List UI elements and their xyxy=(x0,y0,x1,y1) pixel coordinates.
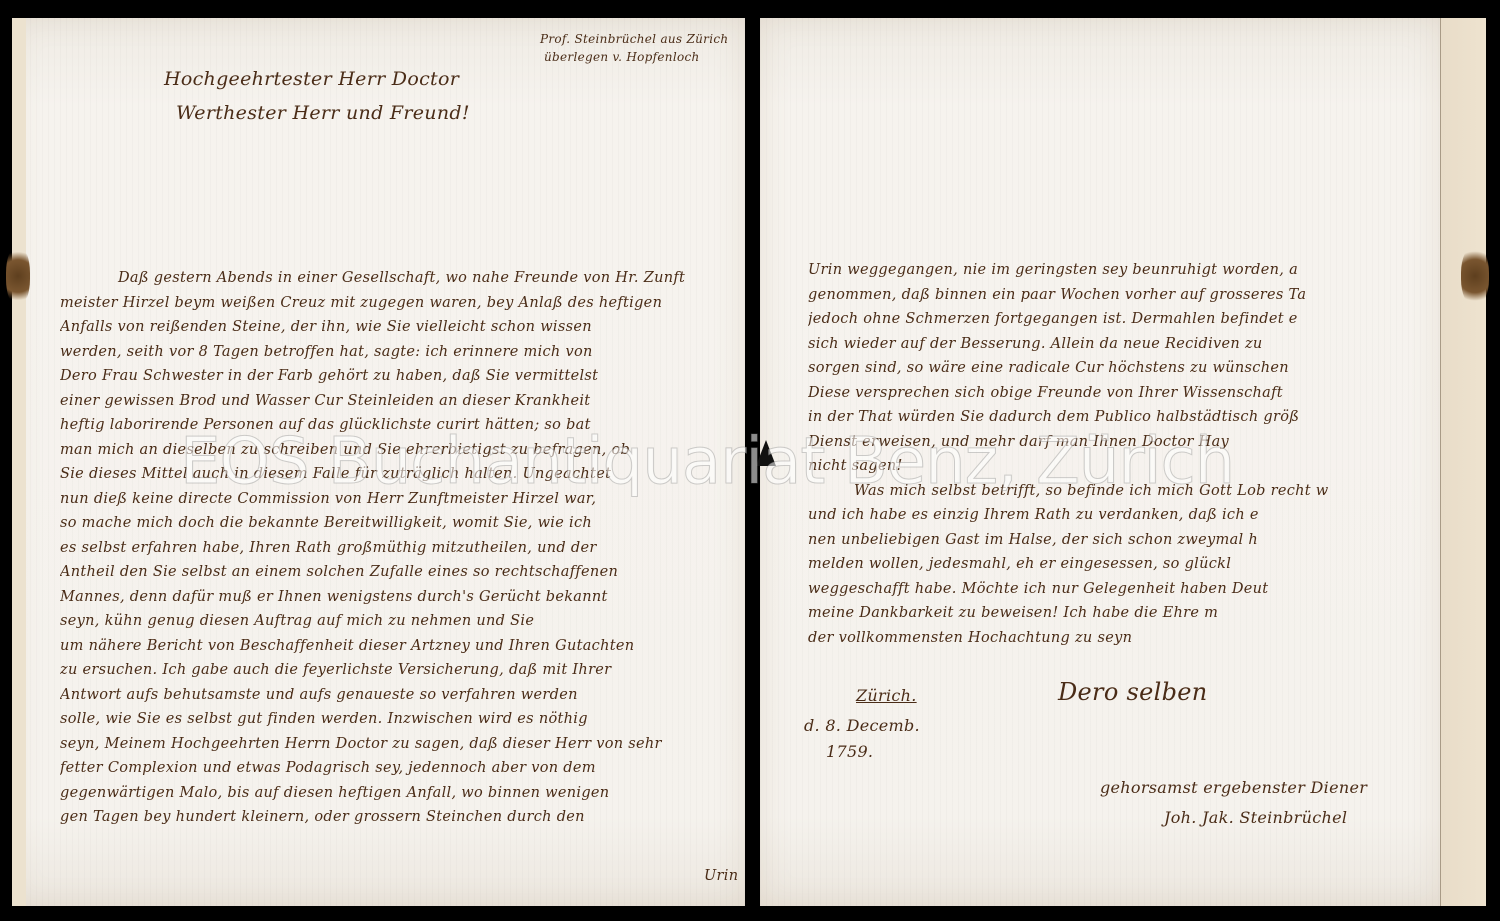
text-line: man mich an dieselben zu schreiben und S… xyxy=(60,438,740,463)
paper-strip xyxy=(1440,18,1486,906)
text-line: Anfalls von reißenden Steine, der ihn, w… xyxy=(60,315,740,340)
text-line: weggeschafft habe. Möchte ich nur Gelege… xyxy=(808,577,1438,602)
text-line: nen unbeliebigen Gast im Halse, der sich… xyxy=(808,528,1438,553)
text-line: Sie dieses Mittel auch in diesem Falle f… xyxy=(60,462,740,487)
text-line: Dienst erweisen, und mehr darf man Ihnen… xyxy=(808,430,1438,455)
text-line: heftig laborirende Personen auf das glüc… xyxy=(60,413,740,438)
text-line: gen Tagen bey hundert kleinern, oder gro… xyxy=(60,805,740,830)
text-line: melden wollen, jedesmahl, eh er eingeses… xyxy=(808,552,1438,577)
closing-phrase: Dero selben xyxy=(1058,678,1208,706)
letter-body-right: Urin weggegangen, nie im geringsten sey … xyxy=(808,258,1438,650)
text-line: Diese versprechen sich obige Freunde von… xyxy=(808,381,1438,406)
text-line: solle, wie Sie es selbst gut finden werd… xyxy=(60,707,740,732)
letter-page-right: Urin weggegangen, nie im geringsten sey … xyxy=(760,18,1440,906)
text-line: und ich habe es einzig Ihrem Rath zu ver… xyxy=(808,503,1438,528)
text-line: Antheil den Sie selbst an einem solchen … xyxy=(60,560,740,585)
text-line: Mannes, denn dafür muß er Ihnen wenigste… xyxy=(60,585,740,610)
place-name: Zürich. xyxy=(856,686,917,705)
text-line: Dero Frau Schwester in der Farb gehört z… xyxy=(60,364,740,389)
text-line: zu ersuchen. Ich gabe auch die feyerlich… xyxy=(60,658,740,683)
text-line: um nähere Bericht von Beschaffenheit die… xyxy=(60,634,740,659)
salutation: Hochgeehrtester Herr Doctor Werthester H… xyxy=(164,62,470,130)
signature-name: Joh. Jak. Steinbrüchel xyxy=(1164,808,1347,827)
binding-clip-icon xyxy=(756,440,776,466)
text-line: werden, seith vor 8 Tagen betroffen hat,… xyxy=(60,340,740,365)
text-line: meine Dankbarkeit zu beweisen! Ich habe … xyxy=(808,601,1438,626)
letter-year: 1759. xyxy=(826,742,873,761)
text-line: so mache mich doch die bekannte Bereitwi… xyxy=(60,511,740,536)
salutation-line-1: Hochgeehrtester Herr Doctor xyxy=(164,62,470,96)
text-line: jedoch ohne Schmerzen fortgegangen ist. … xyxy=(808,307,1438,332)
text-line: nun dieß keine directe Commission von He… xyxy=(60,487,740,512)
text-line: Antwort aufs behutsamste und aufs genaue… xyxy=(60,683,740,708)
note-line-1: Prof. Steinbrüchel aus Zürich xyxy=(540,30,728,48)
catchword: Urin xyxy=(704,864,738,889)
text-line: sich wieder auf der Besserung. Allein da… xyxy=(808,332,1438,357)
text-line: Urin weggegangen, nie im geringsten sey … xyxy=(808,258,1438,283)
text-line: seyn, kühn genug diesen Auftrag auf mich… xyxy=(60,609,740,634)
text-line: gegenwärtigen Malo, bis auf diesen hefti… xyxy=(60,781,740,806)
text-line: es selbst erfahren habe, Ihren Rath groß… xyxy=(60,536,740,561)
salutation-line-2: Werthester Herr und Freund! xyxy=(164,96,470,130)
paper-edge xyxy=(12,18,26,906)
text-line: Was mich selbst betrifft, so befinde ich… xyxy=(808,479,1438,504)
letter-body-left: Daß gestern Abends in einer Gesellschaft… xyxy=(60,266,740,830)
text-line: Daß gestern Abends in einer Gesellschaft… xyxy=(60,266,740,291)
text-line: in der That würden Sie dadurch dem Publi… xyxy=(808,405,1438,430)
text-line: nicht sagen! xyxy=(808,454,1438,479)
text-line: einer gewissen Brod und Wasser Cur Stein… xyxy=(60,389,740,414)
text-line: fetter Complexion und etwas Podagrisch s… xyxy=(60,756,740,781)
signature-valediction: gehorsamst ergebenster Diener xyxy=(1100,778,1367,797)
text-line: sorgen sind, so wäre eine radicale Cur h… xyxy=(808,356,1438,381)
paper-stain xyxy=(6,246,30,306)
letter-date: d. 8. Decemb. xyxy=(804,716,920,735)
text-line: seyn, Meinem Hochgeehrten Herrn Doctor z… xyxy=(60,732,740,757)
note-line-2: überlegen v. Hopfenloch xyxy=(540,48,728,66)
letter-page-left: Prof. Steinbrüchel aus Zürich überlegen … xyxy=(12,18,745,906)
text-line: der vollkommensten Hochachtung zu seyn xyxy=(808,626,1438,651)
archival-note: Prof. Steinbrüchel aus Zürich überlegen … xyxy=(540,30,728,66)
paper-stain xyxy=(1461,246,1489,306)
text-line: meister Hirzel beym weißen Creuz mit zug… xyxy=(60,291,740,316)
text-line: genommen, daß binnen ein paar Wochen vor… xyxy=(808,283,1438,308)
